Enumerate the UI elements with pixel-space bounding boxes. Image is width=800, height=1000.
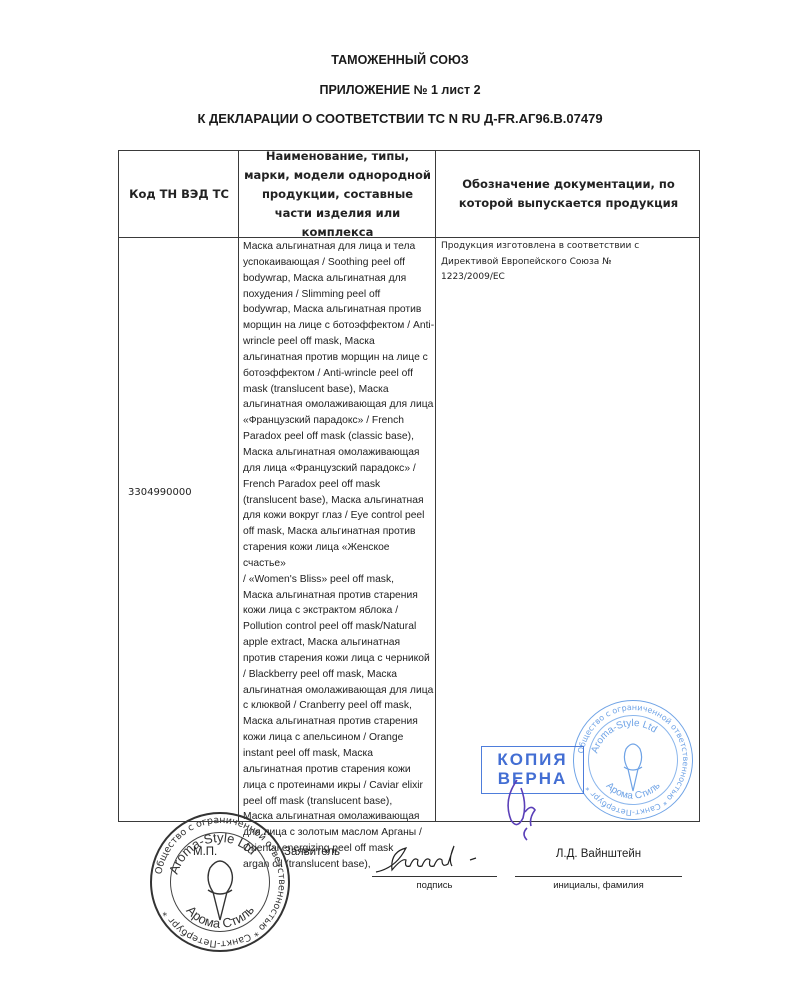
product-line: похудения / Slimming peel off xyxy=(243,287,435,303)
applicant-signature-icon xyxy=(372,838,502,878)
appendix-title: ПРИЛОЖЕНИЕ № 1 лист 2 xyxy=(0,83,800,97)
product-line: / «Women's Bliss» peel off mask, xyxy=(243,572,435,588)
column-divider xyxy=(435,151,436,821)
documentation-cell: Продукция изготовлена в соответствии с Д… xyxy=(441,239,691,286)
product-line: French Paradox peel off mask xyxy=(243,477,435,493)
name-caption: инициалы, фамилия xyxy=(515,880,682,891)
product-line: Маска альгинатная омолаживающая xyxy=(243,445,435,461)
product-line: «Французский парадокс» / French xyxy=(243,413,435,429)
product-line: apple extract, Маска альгинатная xyxy=(243,635,435,651)
product-line: Маска альгинатная для лица и тела xyxy=(243,239,435,255)
product-line: Pollution control peel off mask/Natural xyxy=(243,619,435,635)
signatory-name: Л.Д. Вайнштейн xyxy=(515,848,682,860)
copy-stamp-line: КОПИЯ xyxy=(482,750,583,769)
documentation-line: Продукция изготовлена в соответствии с xyxy=(441,239,691,255)
column-header-code: Код ТН ВЭД ТС xyxy=(119,151,239,237)
product-line: peel off mask (translucent base), xyxy=(243,794,435,810)
product-line: с клюквой / Cranberry peel off mask, xyxy=(243,698,435,714)
declaration-title: К ДЕКЛАРАЦИИ О СООТВЕТСТВИИ ТС N RU Д-FR… xyxy=(0,111,800,126)
column-header-documentation: Обозначение документации, по которой вып… xyxy=(436,151,701,237)
signature-line xyxy=(372,876,497,877)
product-line: успокаивающая / Soothing peel off xyxy=(243,255,435,271)
product-line: старения кожи лица «Женское счастье» xyxy=(243,540,435,572)
initials-signature-icon xyxy=(495,772,575,842)
documentation-line: 1223/2009/EC xyxy=(441,270,691,286)
product-line: Paradox peel off mask (classic base), xyxy=(243,429,435,445)
product-line: mask (translucent base), Маска xyxy=(243,382,435,398)
product-line: для лица «Французский парадокс» / xyxy=(243,461,435,477)
product-line: альгинатная омолаживающая для лица xyxy=(243,683,435,699)
product-line: ботоэффектом / Anti-wrincle peel off xyxy=(243,366,435,382)
applicant-label: Заявитель xyxy=(284,846,340,858)
product-line: wrincle peel off mask, Маска xyxy=(243,334,435,350)
union-title: ТАМОЖЕННЫЙ СОЮЗ xyxy=(0,53,800,67)
product-line: bodywrap, Маска альгинатная против xyxy=(243,302,435,318)
seal-graphics-icon: Общество с ограниченной ответственностью… xyxy=(152,814,288,950)
products-cell: Маска альгинатная для лица и тела успока… xyxy=(243,239,435,873)
hs-code-cell: 3304990000 xyxy=(128,487,192,498)
product-line: против старения кожи лица с черникой xyxy=(243,651,435,667)
signature-caption: подпись xyxy=(372,880,497,891)
product-line: морщин на лице с ботоэффектом / Anti- xyxy=(243,318,435,334)
product-line: кожи лица с апельсином / Orange xyxy=(243,730,435,746)
product-line: / Blackberry peel off mask, Маска xyxy=(243,667,435,683)
seal-place-label: М.П. xyxy=(193,846,217,858)
product-line: для кожи вокруг глаз / Eye control peel xyxy=(243,508,435,524)
product-line: лица с протеинами икры / Caviar elixir xyxy=(243,778,435,794)
product-line: альгинатная омолаживающая для лица xyxy=(243,397,435,413)
company-seal-black: Общество с ограниченной ответственностью… xyxy=(150,812,290,952)
company-seal-blue: Общество с ограниченной ответственностью… xyxy=(573,700,693,820)
product-line: альгинатная против старения кожи xyxy=(243,762,435,778)
column-header-products: Наименование, типы, марки, модели одноро… xyxy=(239,151,436,237)
product-line: Маска альгинатная против старения xyxy=(243,588,435,604)
product-line: кожи лица с экстрактом яблока / xyxy=(243,603,435,619)
product-line: instant peel off mask, Маска xyxy=(243,746,435,762)
product-line: off mask, Маска альгинатная против xyxy=(243,524,435,540)
product-line: (translucent base), Маска альгинатная xyxy=(243,493,435,509)
product-line: Маска альгинатная против старения xyxy=(243,714,435,730)
documentation-line: Директивой Европейского Союза № xyxy=(441,255,691,271)
seal-graphics-icon: Общество с ограниченной ответственностью… xyxy=(574,701,692,819)
name-line xyxy=(515,876,682,877)
product-line: альгинатная против морщин на лице с xyxy=(243,350,435,366)
product-line: bodywrap, Маска альгинатная для xyxy=(243,271,435,287)
column-divider xyxy=(238,151,239,821)
